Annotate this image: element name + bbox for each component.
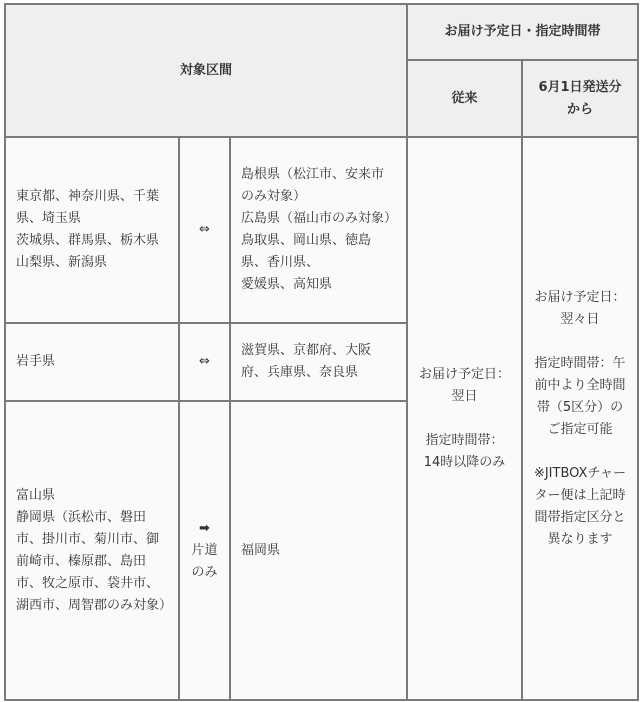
origin-cell: 東京都、神奈川県、千葉県、埼玉県 茨城県、群馬県、栃木県 山梨県、新潟県 xyxy=(5,137,179,323)
origin-line: 茨城県、群馬県、栃木県 xyxy=(16,230,168,252)
new-time-slot: 指定時間帯：午前中より全時間帯（5区分）のご指定可能 xyxy=(533,353,627,441)
direction-cell: ➡ 片道のみ xyxy=(179,401,230,700)
previous-delivery-date: お届け予定日：翌日 xyxy=(418,364,511,408)
table-row: 東京都、神奈川県、千葉県、埼玉県 茨城県、群馬県、栃木県 山梨県、新潟県 ⇔ 島… xyxy=(5,137,638,323)
origin-line: 富山県 xyxy=(16,485,168,507)
delivery-group-header: お届け予定日・指定時間帯 xyxy=(407,4,638,60)
new-delivery-date: お届け予定日：翌々日 xyxy=(533,287,627,331)
origin-cell: 岩手県 xyxy=(5,323,179,401)
origin-cell: 富山県 静岡県（浜松市、磐田市、掛川市、菊川市、御前崎市、榛原郡、島田市、牧之原… xyxy=(5,401,179,700)
bidirectional-arrow-icon: ⇔ xyxy=(179,137,230,323)
destination-line: 島根県（松江市、安来市のみ対象） xyxy=(241,164,396,208)
destination-line: 広島県（福山市のみ対象） xyxy=(241,208,396,230)
origin-line: 山梨県、新潟県 xyxy=(16,252,168,274)
previous-terms-cell: お届け予定日：翌日 指定時間帯：14時以降のみ xyxy=(407,137,522,700)
one-way-note: 片道のみ xyxy=(190,540,219,584)
destination-line: 鳥取県、岡山県、徳島県、香川県、 xyxy=(241,230,396,274)
destination-line: 福岡県 xyxy=(241,540,396,562)
previous-header: 従来 xyxy=(407,60,522,137)
origin-line: 静岡県（浜松市、磐田市、掛川市、菊川市、御前崎市、榛原郡、島田市、牧之原市、袋井… xyxy=(16,507,168,617)
new-terms-cell: お届け予定日：翌々日 指定時間帯：午前中より全時間帯（5区分）のご指定可能 ※J… xyxy=(522,137,638,700)
destination-line: 滋賀県、京都府、大阪府、兵庫県、奈良県 xyxy=(241,340,396,384)
delivery-schedule-table: 対象区間 お届け予定日・指定時間帯 従来 6月1日発送分から 東京都、神奈川県、… xyxy=(4,3,639,701)
destination-cell: 福岡県 xyxy=(230,401,407,700)
destination-cell: 滋賀県、京都府、大阪府、兵庫県、奈良県 xyxy=(230,323,407,401)
origin-line: 東京都、神奈川県、千葉県、埼玉県 xyxy=(16,186,168,230)
previous-time-slot: 指定時間帯：14時以降のみ xyxy=(418,430,511,474)
right-arrow-icon: ➡ xyxy=(190,518,219,540)
destination-cell: 島根県（松江市、安来市のみ対象） 広島県（福山市のみ対象） 鳥取県、岡山県、徳島… xyxy=(230,137,407,323)
from-june-header: 6月1日発送分から xyxy=(522,60,638,137)
target-section-header: 対象区間 xyxy=(5,4,407,137)
origin-line: 岩手県 xyxy=(16,351,168,373)
bidirectional-arrow-icon: ⇔ xyxy=(179,323,230,401)
jitbox-note: ※JITBOXチャーター便は上記時間帯指定区分と異なります xyxy=(533,463,627,551)
destination-line: 愛媛県、高知県 xyxy=(241,274,396,296)
